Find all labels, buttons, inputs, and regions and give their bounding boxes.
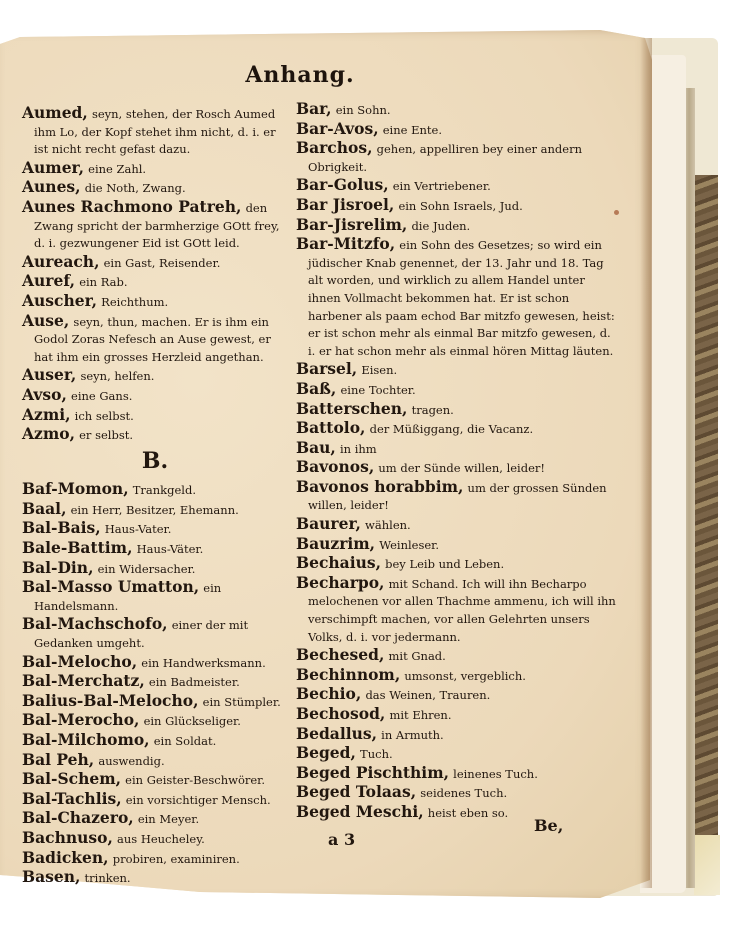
signature-mark: a 3: [328, 830, 355, 849]
dictionary-entry: Aumer, eine Zahl.: [22, 159, 288, 179]
entry-term: Bal-Machschofo,: [22, 614, 168, 633]
entry-definition: aus Heucheley.: [117, 832, 205, 846]
dictionary-entry: Bechio, das Weinen, Trauren.: [296, 685, 618, 705]
dictionary-entry: Bal-Schem, ein Geister-Beschwörer.: [22, 770, 288, 790]
entry-term: Auscher,: [22, 291, 97, 310]
entry-term: Bal-Din,: [22, 558, 93, 577]
entry-definition: ein Meyer.: [138, 812, 199, 826]
entry-definition: ein Vertriebener.: [393, 179, 491, 193]
dictionary-entry: Bar-Mitzfo, ein Sohn des Gesetzes; so wi…: [296, 235, 618, 360]
entry-term: Aunes,: [22, 177, 81, 196]
dictionary-entry: Beged, Tuch.: [296, 744, 618, 764]
entry-term: Beged Tolaas,: [296, 782, 416, 801]
dictionary-entry: Baß, eine Tochter.: [296, 380, 618, 400]
entry-definition: Haus-Väter.: [137, 542, 204, 556]
entry-term: Bar Jisroel,: [296, 195, 394, 214]
dictionary-entry: Azmi, ich selbst.: [22, 406, 288, 426]
dictionary-entry: Barchos, gehen, appelliren bey einer and…: [296, 139, 618, 176]
dictionary-entry: Basen, trinken.: [22, 868, 288, 888]
entry-definition: Eisen.: [361, 363, 397, 377]
dictionary-entry: Avso, eine Gans.: [22, 386, 288, 406]
entry-term: Barsel,: [296, 359, 357, 378]
entry-definition: leinenes Tuch.: [453, 767, 538, 781]
entry-term: Avso,: [22, 385, 67, 404]
entry-definition: er selbst.: [79, 428, 133, 442]
entry-definition: ein vorsichtiger Mensch.: [126, 793, 271, 807]
entry-term: Becharpo,: [296, 573, 384, 592]
dictionary-entry: Ause, seyn, thun, machen. Er is ihm ein …: [22, 312, 288, 367]
cover-corner: [694, 835, 720, 895]
entry-term: Bal-Tachlis,: [22, 789, 122, 808]
entry-term: Batterschen,: [296, 399, 407, 418]
entry-definition: ein Sohn Israels, Jud.: [398, 199, 522, 213]
entry-definition: um der Sünde willen, leider!: [378, 461, 545, 475]
entry-term: Bavonos horabbim,: [296, 477, 463, 496]
entry-term: Bechio,: [296, 684, 361, 703]
entry-term: Aumer,: [22, 158, 84, 177]
dictionary-entry: Bal-Merchatz, ein Badmeister.: [22, 672, 288, 692]
entry-definition: ein Rab.: [79, 275, 127, 289]
dictionary-entry: Bal-Din, ein Widersacher.: [22, 559, 288, 579]
left-column: Aumed, seyn, stehen, der Rosch Aumed ihm…: [22, 104, 288, 888]
entry-definition: ein Handwerksmann.: [141, 656, 265, 670]
dictionary-entry: Bauzrim, Weinleser.: [296, 535, 618, 555]
entry-term: Bal-Masso Umatton,: [22, 577, 199, 596]
entry-definition: eine Gans.: [71, 389, 132, 403]
dictionary-entry: Bal Peh, auswendig.: [22, 751, 288, 771]
entry-term: Azmi,: [22, 405, 71, 424]
dictionary-entry: Bal-Tachlis, ein vorsichtiger Mensch.: [22, 790, 288, 810]
entry-term: Bechesed,: [296, 645, 384, 664]
dictionary-entry: Auser, seyn, helfen.: [22, 366, 288, 386]
entry-definition: in ihm: [340, 442, 377, 456]
entry-definition: ein Stümpler.: [203, 695, 281, 709]
dictionary-entry: Bar Jisroel, ein Sohn Israels, Jud.: [296, 196, 618, 216]
dictionary-entry: Beged Pischthim, leinenes Tuch.: [296, 764, 618, 784]
entry-definition: bey Leib und Leben.: [385, 557, 504, 571]
entry-term: Bauzrim,: [296, 534, 375, 553]
dictionary-entry: Baal, ein Herr, Besitzer, Ehemann.: [22, 500, 288, 520]
dictionary-entry: Battolo, der Müßiggang, die Vacanz.: [296, 419, 618, 439]
entry-term: Bal-Bais,: [22, 518, 101, 537]
dictionary-entry: Bal-Melocho, ein Handwerksmann.: [22, 653, 288, 673]
page-edge-shadow: [640, 38, 652, 888]
entry-definition: mit Ehren.: [389, 708, 451, 722]
dictionary-entry: Bau, in ihm: [296, 439, 618, 459]
entry-term: Battolo,: [296, 418, 365, 437]
entry-term: Bechaius,: [296, 553, 381, 572]
entry-term: Ause,: [22, 311, 69, 330]
entry-term: Bavonos,: [296, 457, 374, 476]
entry-term: Baal,: [22, 499, 66, 518]
catchword: Be,: [534, 816, 563, 835]
entry-definition: die Noth, Zwang.: [85, 181, 186, 195]
dictionary-entry: Aunes Rachmono Patreh, den Zwang spricht…: [22, 198, 288, 253]
entry-term: Azmo,: [22, 424, 75, 443]
dictionary-entry: Beged Meschi, heist eben so.: [296, 803, 618, 823]
dictionary-entry: Aumed, seyn, stehen, der Rosch Aumed ihm…: [22, 104, 288, 159]
entry-term: Aunes Rachmono Patreh,: [22, 197, 241, 216]
entry-term: Baß,: [296, 379, 336, 398]
entry-definition: tragen.: [412, 403, 454, 417]
dictionary-entry: Bechinnom, umsonst, vergeblich.: [296, 666, 618, 686]
entries-b: Baf-Momon, Trankgeld.Baal, ein Herr, Bes…: [22, 480, 288, 887]
entry-definition: der Müßiggang, die Vacanz.: [370, 422, 534, 436]
entry-term: Aureach,: [22, 252, 99, 271]
dictionary-entry: Beged Tolaas, seidenes Tuch.: [296, 783, 618, 803]
dictionary-entry: Auref, ein Rab.: [22, 272, 288, 292]
entry-term: Bal-Merchatz,: [22, 671, 145, 690]
dictionary-entry: Bavonos horabbim, um der grossen Sünden …: [296, 478, 618, 515]
dictionary-entry: Barsel, Eisen.: [296, 360, 618, 380]
entries-right: Bar, ein Sohn.Bar-Avos, eine Ente.Barcho…: [296, 100, 618, 823]
entry-definition: Reichthum.: [101, 295, 168, 309]
entry-definition: ein Widersacher.: [98, 562, 196, 576]
entry-term: Barchos,: [296, 138, 372, 157]
entry-term: Bachnuso,: [22, 828, 113, 847]
entry-term: Beged Pischthim,: [296, 763, 449, 782]
entry-definition: ein Badmeister.: [149, 675, 240, 689]
entry-definition: Haus-Vater.: [105, 522, 172, 536]
page-header: Anhang.: [0, 62, 600, 88]
entry-term: Baurer,: [296, 514, 361, 533]
dictionary-entry: Bavonos, um der Sünde willen, leider!: [296, 458, 618, 478]
dictionary-entry: Azmo, er selbst.: [22, 425, 288, 445]
entry-term: Bal-Schem,: [22, 769, 121, 788]
entry-term: Bal-Milchomo,: [22, 730, 150, 749]
dictionary-entry: Auscher, Reichthum.: [22, 292, 288, 312]
entry-definition: ein Gast, Reisender.: [104, 256, 221, 270]
entry-definition: umsonst, vergeblich.: [404, 669, 526, 683]
entry-term: Beged Meschi,: [296, 802, 424, 821]
entry-definition: ein Geister-Beschwörer.: [125, 773, 265, 787]
entry-term: Bar,: [296, 99, 332, 118]
entry-term: Bal-Merocho,: [22, 710, 139, 729]
entry-term: Basen,: [22, 867, 80, 886]
dictionary-entry: Bachnuso, aus Heucheley.: [22, 829, 288, 849]
dictionary-entry: Aunes, die Noth, Zwang.: [22, 178, 288, 198]
dictionary-entry: Baurer, wählen.: [296, 515, 618, 535]
entry-term: Bechinnom,: [296, 665, 400, 684]
dictionary-entry: Bal-Bais, Haus-Vater.: [22, 519, 288, 539]
dictionary-entry: Bal-Machschofo, einer der mit Gedanken u…: [22, 615, 288, 652]
dictionary-entry: Balius-Bal-Melocho, ein Stümpler.: [22, 692, 288, 712]
entries-a: Aumed, seyn, stehen, der Rosch Aumed ihm…: [22, 104, 288, 445]
dictionary-entry: Bechesed, mit Gnad.: [296, 646, 618, 666]
entry-definition: ein Soldat.: [154, 734, 217, 748]
entry-definition: eine Zahl.: [88, 162, 146, 176]
dictionary-entry: Bal-Chazero, ein Meyer.: [22, 809, 288, 829]
entry-definition: seyn, helfen.: [80, 369, 154, 383]
entry-term: Bale-Battim,: [22, 538, 132, 557]
entry-definition: ein Herr, Besitzer, Ehemann.: [71, 503, 239, 517]
entry-definition: probiren, examiniren.: [113, 852, 240, 866]
dictionary-entry: Bal-Merocho, ein Glückseliger.: [22, 711, 288, 731]
entry-term: Bar-Avos,: [296, 119, 379, 138]
entry-definition: mit Gnad.: [389, 649, 446, 663]
entry-term: Bechosod,: [296, 704, 385, 723]
section-letter-b: B.: [22, 453, 288, 471]
dictionary-entry: Bedallus, in Armuth.: [296, 725, 618, 745]
right-column: Bar, ein Sohn.Bar-Avos, eine Ente.Barcho…: [296, 100, 618, 823]
entry-term: Bal-Chazero,: [22, 808, 134, 827]
entry-term: Bal Peh,: [22, 750, 94, 769]
entry-definition: ein Sohn.: [336, 103, 391, 117]
entry-term: Bar-Golus,: [296, 175, 389, 194]
entry-term: Bar-Jisrelim,: [296, 215, 407, 234]
entry-term: Auser,: [22, 365, 76, 384]
entry-term: Baf-Momon,: [22, 479, 129, 498]
entry-definition: ein Glückseliger.: [144, 714, 241, 728]
entry-term: Aumed,: [22, 103, 88, 122]
dictionary-entry: Bal-Milchomo, ein Soldat.: [22, 731, 288, 751]
dictionary-entry: Badicken, probiren, examiniren.: [22, 849, 288, 869]
dictionary-entry: Bar-Jisrelim, die Juden.: [296, 216, 618, 236]
dictionary-entry: Bechaius, bey Leib und Leben.: [296, 554, 618, 574]
dictionary-entry: Bale-Battim, Haus-Väter.: [22, 539, 288, 559]
dictionary-entry: Bar, ein Sohn.: [296, 100, 618, 120]
dictionary-entry: Bal-Masso Umatton, ein Handelsmann.: [22, 578, 288, 615]
entry-definition: eine Tochter.: [340, 383, 415, 397]
entry-definition: ein Sohn des Gesetzes; so wird ein jüdis…: [308, 238, 615, 358]
marbled-cover-edge: [694, 175, 718, 835]
dictionary-entry: Bechosod, mit Ehren.: [296, 705, 618, 725]
entry-definition: seyn, thun, machen. Er is ihm ein Godol …: [34, 315, 271, 364]
entry-definition: die Juden.: [411, 219, 470, 233]
entry-term: Beged,: [296, 743, 356, 762]
entry-definition: wählen.: [365, 518, 411, 532]
entry-definition: Weinleser.: [379, 538, 439, 552]
entry-definition: eine Ente.: [383, 123, 442, 137]
entry-definition: das Weinen, Trauren.: [365, 688, 490, 702]
dictionary-entry: Bar-Avos, eine Ente.: [296, 120, 618, 140]
entry-term: Balius-Bal-Melocho,: [22, 691, 199, 710]
entry-term: Badicken,: [22, 848, 109, 867]
entry-definition: heist eben so.: [428, 806, 508, 820]
entry-term: Bedallus,: [296, 724, 377, 743]
dictionary-entry: Bar-Golus, ein Vertriebener.: [296, 176, 618, 196]
entry-term: Bau,: [296, 438, 336, 457]
entry-definition: trinken.: [85, 871, 131, 885]
dictionary-entry: Becharpo, mit Schand. Ich will ihn Becha…: [296, 574, 618, 646]
dictionary-entry: Baf-Momon, Trankgeld.: [22, 480, 288, 500]
entry-definition: Trankgeld.: [133, 483, 196, 497]
entry-term: Auref,: [22, 271, 75, 290]
entry-definition: auswendig.: [98, 754, 164, 768]
dictionary-entry: Batterschen, tragen.: [296, 400, 618, 420]
entry-term: Bar-Mitzfo,: [296, 234, 395, 253]
entry-definition: seidenes Tuch.: [420, 786, 507, 800]
entry-definition: ich selbst.: [75, 409, 134, 423]
dictionary-entry: Aureach, ein Gast, Reisender.: [22, 253, 288, 273]
entry-definition: in Armuth.: [381, 728, 444, 742]
entry-definition: Tuch.: [360, 747, 393, 761]
entry-term: Bal-Melocho,: [22, 652, 137, 671]
